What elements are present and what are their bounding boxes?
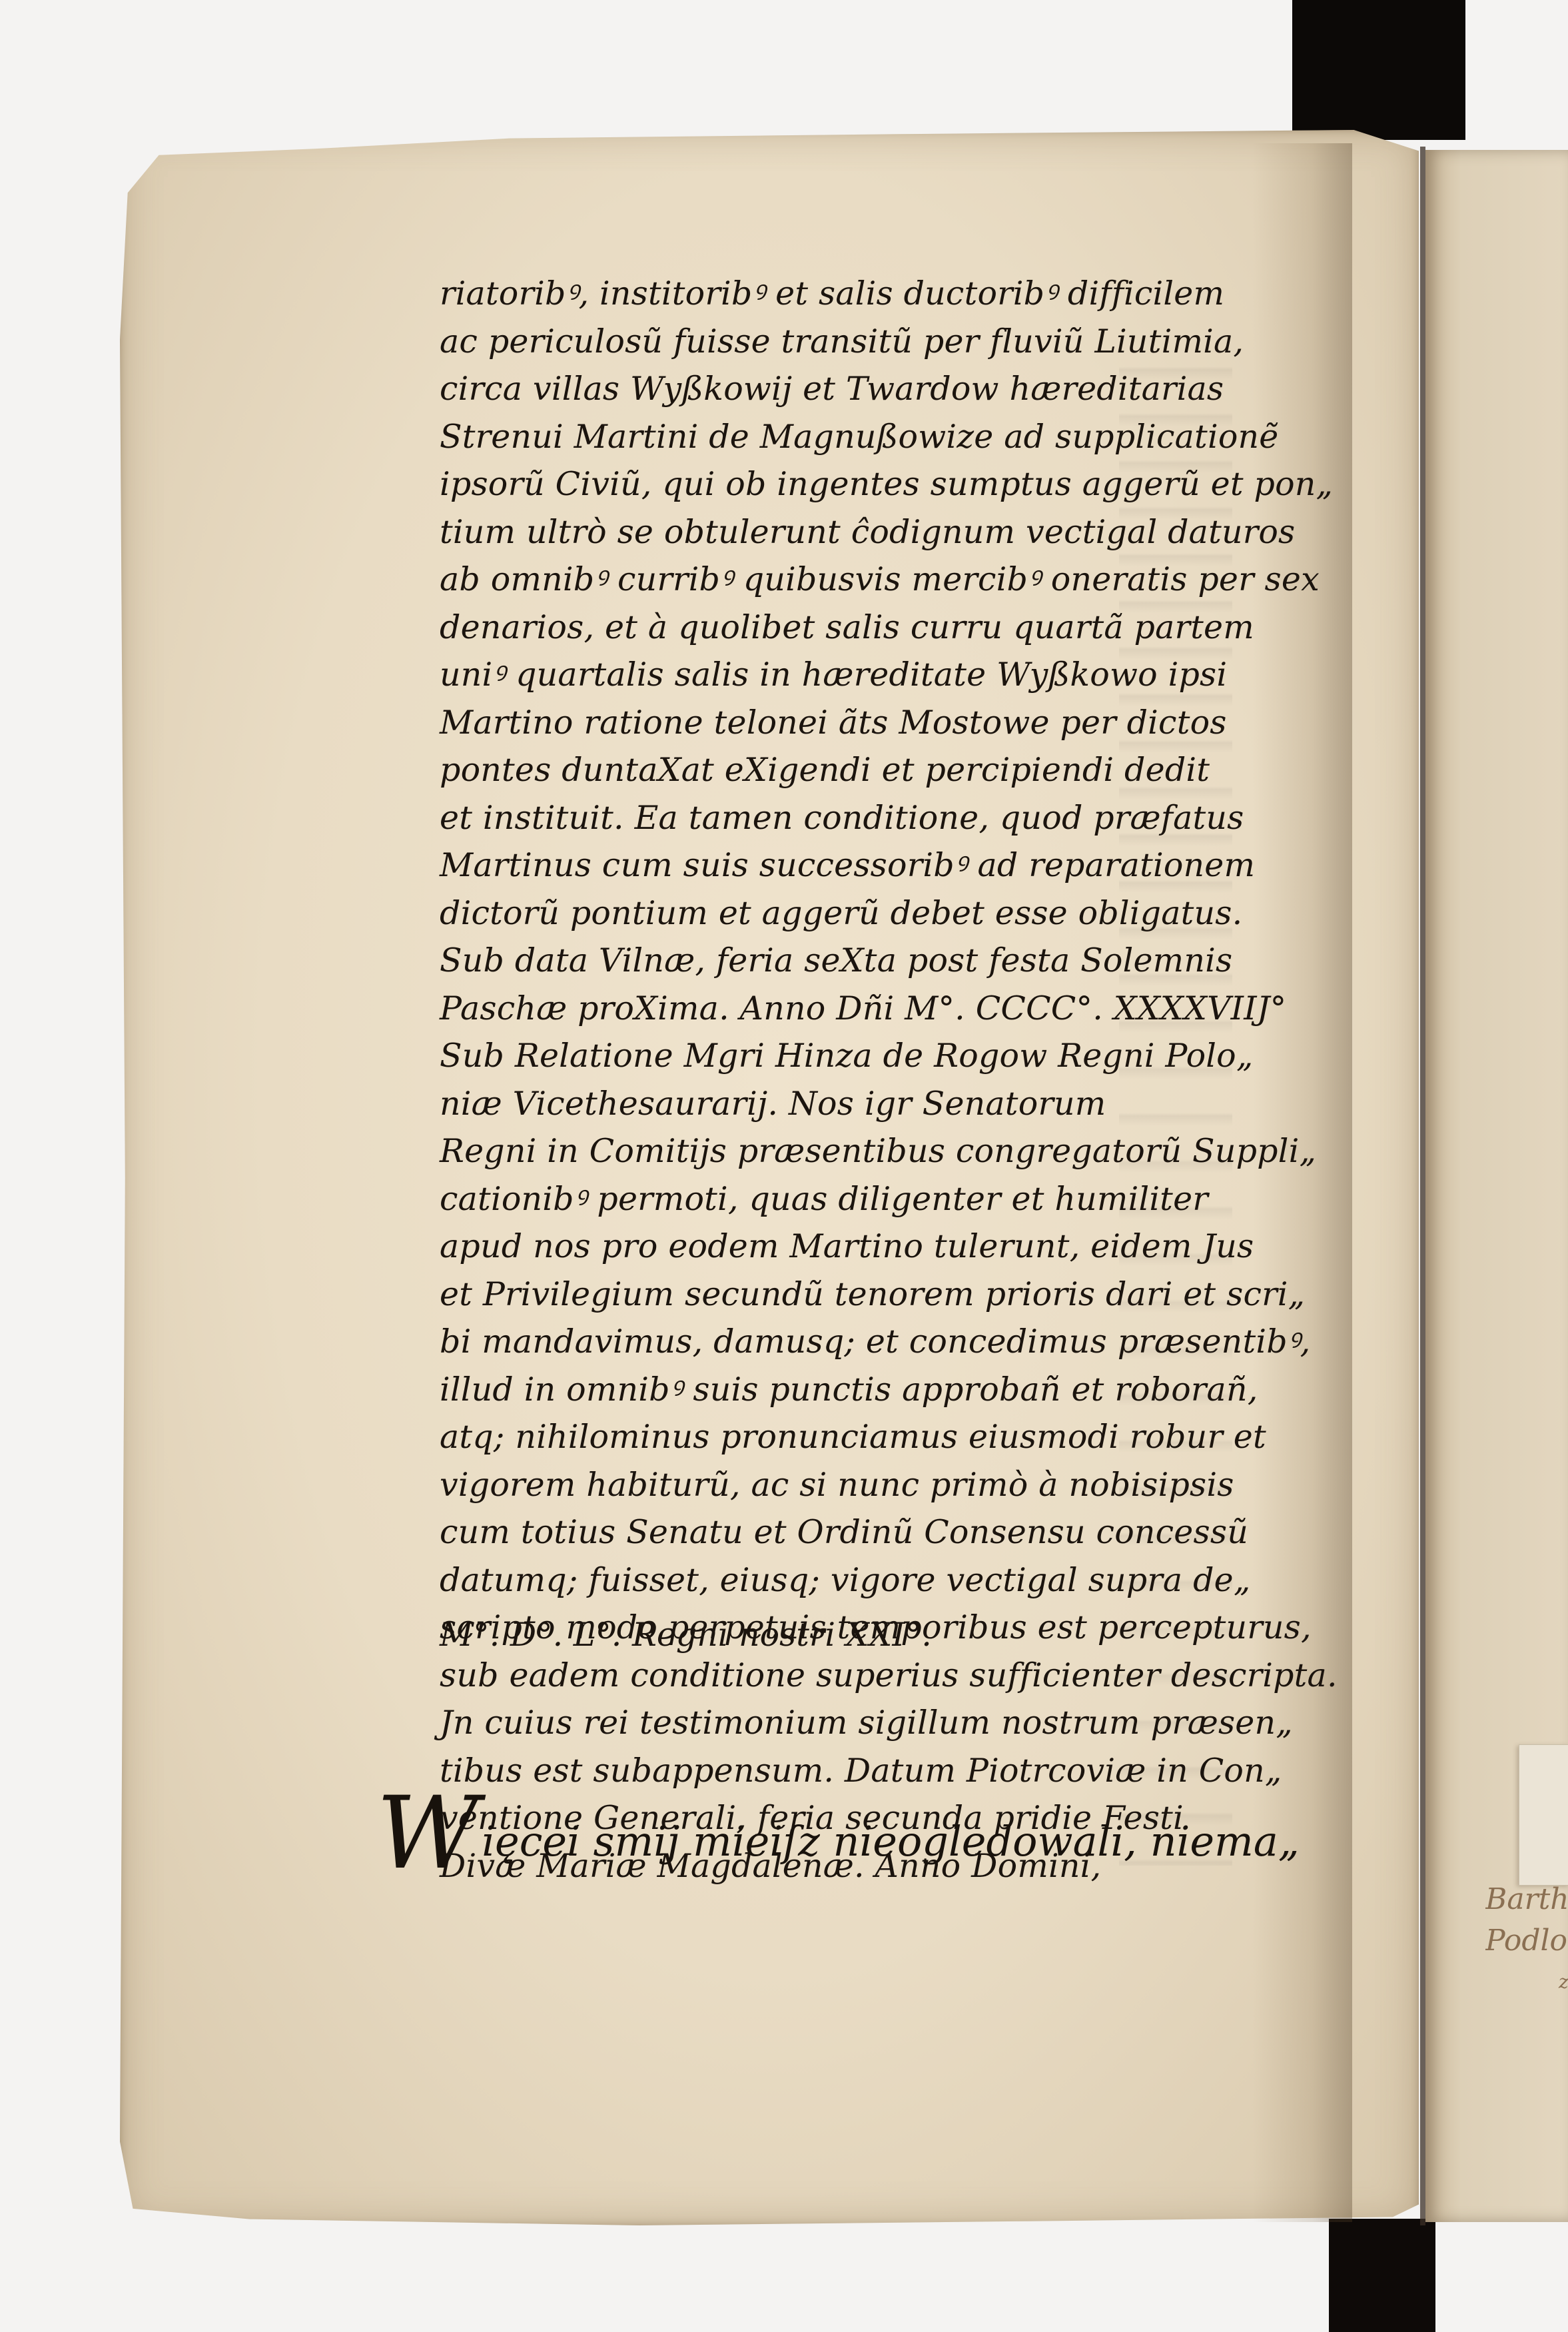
text-line: vigorem habiturũ, ac si nunc primò à nob… [440, 1461, 1292, 1509]
text-line: sub eadem conditione superius sufficient… [440, 1652, 1292, 1700]
text-line: et Privilegium secundũ tenorem prioris d… [440, 1271, 1292, 1319]
text-line: pontes duntaXat eXigendi et percipiendi … [440, 746, 1292, 794]
text-line: bi mandavimus, damusq; et concedimus præ… [440, 1318, 1292, 1366]
black-backing-strip-bottom [1329, 2219, 1435, 2332]
text-line: Paschæ proXima. Anno Dñi M°. CCCC°. XXXX… [440, 985, 1292, 1033]
text-line: et instituit. Ea tamen conditione, quod … [440, 794, 1292, 842]
text-line: datumq; fuisset, eiusq; vigore vectigal … [440, 1556, 1292, 1604]
text-line: Sub data Vilnæ, feria seXta post festa S… [440, 937, 1292, 985]
text-line: Martinus cum suis successoribꝰ ad repara… [440, 842, 1292, 889]
text-line: dictorũ pontium et aggerũ debet esse obl… [440, 889, 1292, 937]
paper-tag [1519, 1744, 1568, 1886]
adjacent-page-margin-note: Barth Podlor zap [1485, 1879, 1568, 2003]
text-line: riatoribꝰ, institoribꝰ et salis ductorib… [440, 270, 1292, 318]
text-line: Martino ratione telonei ãts Mostowe per … [440, 699, 1292, 747]
text-line: denarios, et à quolibet salis curru quar… [440, 604, 1292, 652]
text-line: ipsorũ Civiũ, qui ob ingentes sumptus ag… [440, 460, 1292, 508]
text-line: Sub Relatione Mgri Hinza de Rogow Regni … [440, 1032, 1292, 1080]
date-closing-line: M°. D°. L°. Regni nostri XXI°. [440, 1616, 932, 1654]
binding-gutter [1420, 147, 1425, 2225]
text-line: niæ Vicethesaurarij. Nos igr Senatorum [440, 1080, 1292, 1128]
heading-text: ięcei smij mieiſz nieogledowali, niema„ [482, 1817, 1300, 1866]
black-backing-strip-top [1292, 0, 1465, 140]
text-line: uniꝰ quartalis salis in hæreditate Wyßko… [440, 651, 1292, 699]
text-line: tium ultrò se obtulerunt ĉodignum vectig… [440, 508, 1292, 556]
text-line: Regni in Comitijs præsentibus congregato… [440, 1127, 1292, 1175]
text-line: atq; nihilominus pronunciamus eiusmodi r… [440, 1413, 1292, 1461]
text-line: circa villas Wyßkowij et Twardow hæredit… [440, 365, 1292, 413]
text-line: cum totius Senatu et Ordinũ Consensu con… [440, 1508, 1292, 1556]
section-heading: Więcei smij mieiſz nieogledowali, niema„ [376, 1776, 1300, 1892]
margin-note-line: Podlor [1485, 1920, 1568, 1962]
text-line: Jn cuius rei testimonium sigillum nostru… [440, 1699, 1292, 1747]
margin-note-line: Barth [1485, 1879, 1568, 1920]
decorated-initial: W [376, 1776, 479, 1892]
margin-note-line: zap [1485, 1962, 1568, 2003]
text-line: Strenui Martini de Magnußowize ad suppli… [440, 413, 1292, 461]
text-line: illud in omnibꝰ suis punctis approbañ et… [440, 1366, 1292, 1414]
text-line: apud nos pro eodem Martino tulerunt, eid… [440, 1223, 1292, 1271]
text-line: cationibꝰ permoti, quas diligenter et hu… [440, 1175, 1292, 1223]
text-line: ac periculosũ fuisse transitũ per fluviũ… [440, 318, 1292, 366]
text-line: ab omnibꝰ curribꝰ quibusvis mercibꝰ oner… [440, 556, 1292, 604]
